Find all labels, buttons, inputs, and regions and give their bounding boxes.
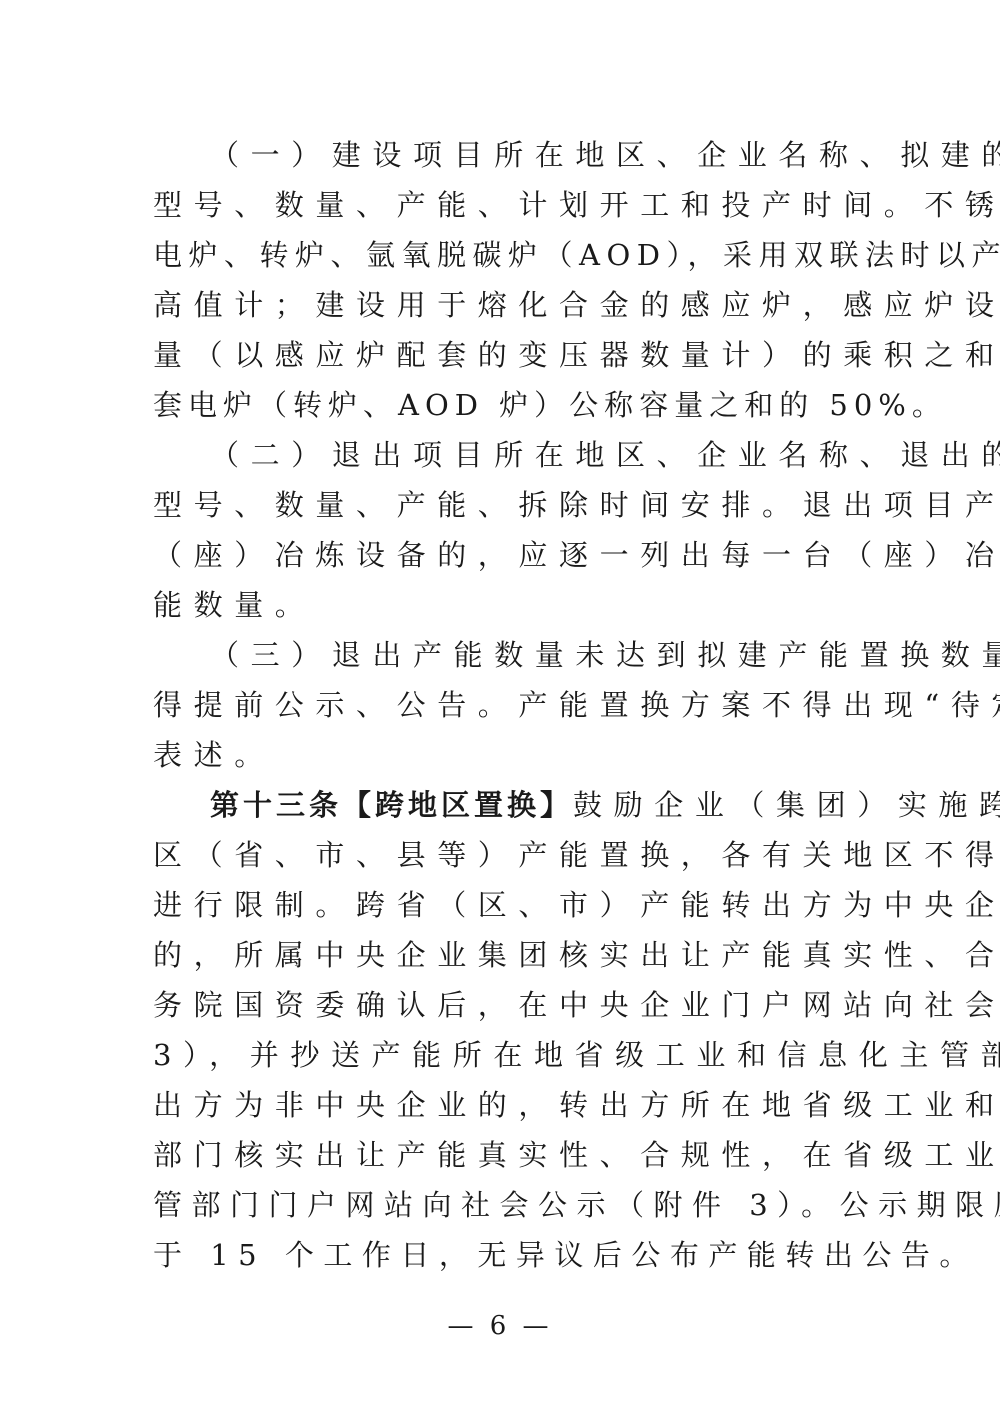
page-number: — 6 —: [0, 1306, 1000, 1346]
paragraph-line: 电炉、转炉、氩氧脱碳炉（AOD），采用双联法时以产能较: [153, 230, 853, 280]
paragraph-line: 得提前公示、公告。产能置换方案不得出现“待定”等模糊: [153, 680, 853, 730]
article-text: 鼓励企业（集团）实施跨地: [573, 788, 1000, 822]
paragraph-line: 区（省、市、县等）产能置换，各有关地区不得以任何形式: [153, 830, 853, 880]
paragraph-line: 量（以感应炉配套的变压器数量计）的乘积之和不得高于配: [153, 330, 853, 380]
paragraph-line: 型号、数量、产能、拆除时间安排。退出项目产能涉及多台: [153, 480, 853, 530]
paragraph-line: 于 15 个工作日，无异议后公布产能转出公告。: [153, 1230, 853, 1280]
paragraph-line: 进行限制。跨省（区、市）产能转出方为中央企业下属公司: [153, 880, 853, 930]
paragraph-line: （一）建设项目所在地区、企业名称、拟建的冶炼设备: [210, 130, 910, 180]
paragraph-line: （三）退出产能数量未达到拟建产能置换数量要求的不: [210, 630, 910, 680]
paragraph-line: 能数量。: [153, 580, 853, 630]
paragraph-line: 出方为非中央企业的，转出方所在地省级工业和信息化主管: [153, 1080, 853, 1130]
paragraph-line: 表述。: [153, 730, 853, 780]
paragraph-line: 管部门门户网站向社会公示（附件 3）。公示期限原则上不少: [153, 1180, 853, 1230]
paragraph-line: 高值计；建设用于熔化合金的感应炉，感应炉设备容量和数: [153, 280, 853, 330]
paragraph-line: 型号、数量、产能、计划开工和投产时间。不锈钢企业建设: [153, 180, 853, 230]
paragraph-line: （二）退出项目所在地区、企业名称、退出的冶炼设备: [210, 430, 910, 480]
paragraph-line: 套电炉（转炉、AOD 炉）公称容量之和的 50%。: [153, 380, 853, 430]
document-page: （一）建设项目所在地区、企业名称、拟建的冶炼设备 型号、数量、产能、计划开工和投…: [0, 0, 1000, 1414]
paragraph-line: （座）冶炼设备的，应逐一列出每一台（座）冶炼设备的产: [153, 530, 853, 580]
article-heading: 第十三条【跨地区置换】: [210, 788, 573, 822]
paragraph-line: 务院国资委确认后，在中央企业门户网站向社会公示（附件: [153, 980, 853, 1030]
paragraph-line: 的，所属中央企业集团核实出让产能真实性、合规性，报国: [153, 930, 853, 980]
paragraph-line: 3），并抄送产能所在地省级工业和信息化主管部门。产能转: [153, 1030, 853, 1080]
article-first-line: 第十三条【跨地区置换】鼓励企业（集团）实施跨地: [210, 780, 910, 830]
paragraph-line: 部门核实出让产能真实性、合规性，在省级工业和信息化主: [153, 1130, 853, 1180]
